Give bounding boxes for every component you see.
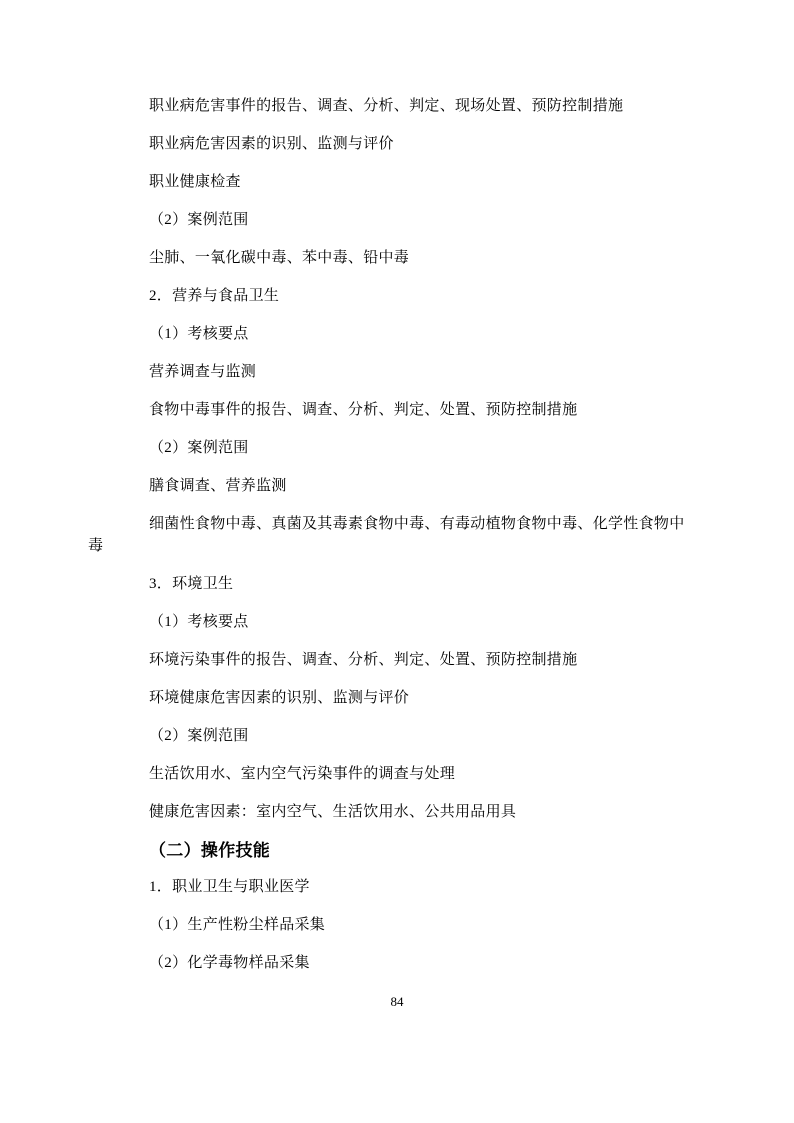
paragraph-line: 食物中毒事件的报告、调查、分析、判定、处置、预防控制措施 (88, 399, 706, 421)
paragraph-line: 生活饮用水、室内空气污染事件的调查与处理 (88, 763, 706, 785)
paragraph-line: 细菌性食物中毒、真菌及其毒素食物中毒、有毒动植物食物中毒、化学性食物中 (88, 513, 706, 535)
page-number: 84 (391, 994, 404, 1009)
paragraph-line: 2．营养与食品卫生 (88, 285, 706, 307)
paragraph-line: 职业健康检查 (88, 171, 706, 193)
paragraph-line: 1．职业卫生与职业医学 (88, 876, 706, 898)
paragraph-line: 环境健康危害因素的识别、监测与评价 (88, 687, 706, 709)
paragraph-line: （2）案例范围 (88, 209, 706, 231)
paragraph-line: 3．环境卫生 (88, 573, 706, 595)
paragraph-line: （2）案例范围 (88, 725, 706, 747)
paragraph-line: 营养调查与监测 (88, 361, 706, 383)
paragraph-line: （1）考核要点 (88, 323, 706, 345)
document-body: 职业病危害事件的报告、调查、分析、判定、现场处置、预防控制措施职业病危害因素的识… (88, 95, 706, 990)
paragraph-line: （1）考核要点 (88, 611, 706, 633)
paragraph-line: 环境污染事件的报告、调查、分析、判定、处置、预防控制措施 (88, 649, 706, 671)
section-heading: （二）操作技能 (88, 839, 706, 863)
paragraph-line: 职业病危害因素的识别、监测与评价 (88, 133, 706, 155)
paragraph-line: 职业病危害事件的报告、调查、分析、判定、现场处置、预防控制措施 (88, 95, 706, 117)
paragraph-line: 健康危害因素：室内空气、生活饮用水、公共用品用具 (88, 801, 706, 823)
paragraph-line: （1）生产性粉尘样品采集 (88, 914, 706, 936)
paragraph-line: 毒 (88, 535, 706, 557)
paragraph-line: 尘肺、一氧化碳中毒、苯中毒、铅中毒 (88, 247, 706, 269)
paragraph-line: （2）化学毒物样品采集 (88, 952, 706, 974)
paragraph-line: 膳食调查、营养监测 (88, 475, 706, 497)
paragraph-line: （2）案例范围 (88, 437, 706, 459)
page-footer: 84 (0, 994, 794, 1010)
document-page: 职业病危害事件的报告、调查、分析、判定、现场处置、预防控制措施职业病危害因素的识… (0, 0, 794, 1123)
